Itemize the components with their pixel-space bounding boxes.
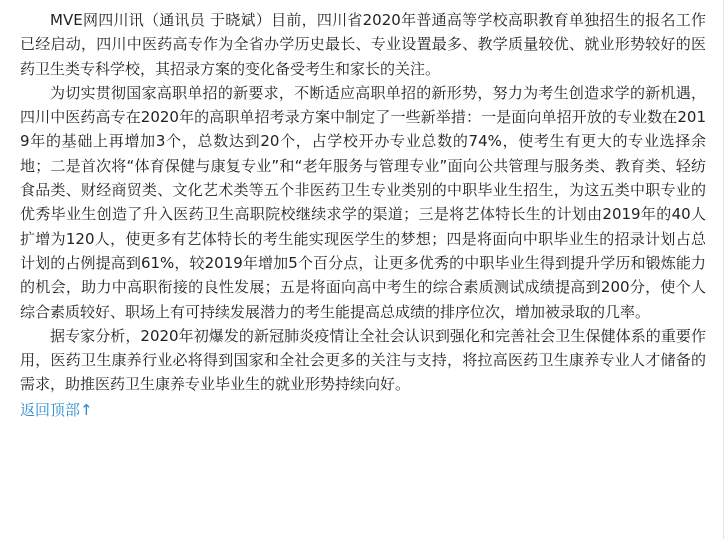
back-to-top-link[interactable]: 返回顶部↑ bbox=[20, 398, 93, 422]
content-divider bbox=[723, 0, 724, 539]
article-paragraph: 为切实贯彻国家高职单招的新要求，不断适应高职单招的新形势，努力为考生创造求学的新… bbox=[20, 81, 706, 324]
article-body: MVE网四川讯（通讯员 于晓斌）目前，四川省2020年普通高等学校高职教育单独招… bbox=[20, 8, 706, 422]
article-paragraph: MVE网四川讯（通讯员 于晓斌）目前，四川省2020年普通高等学校高职教育单独招… bbox=[20, 8, 706, 81]
article-paragraph: 据专家分析，2020年初爆发的新冠肺炎疫情让全社会认识到强化和完善社会卫生保健体… bbox=[20, 324, 706, 397]
